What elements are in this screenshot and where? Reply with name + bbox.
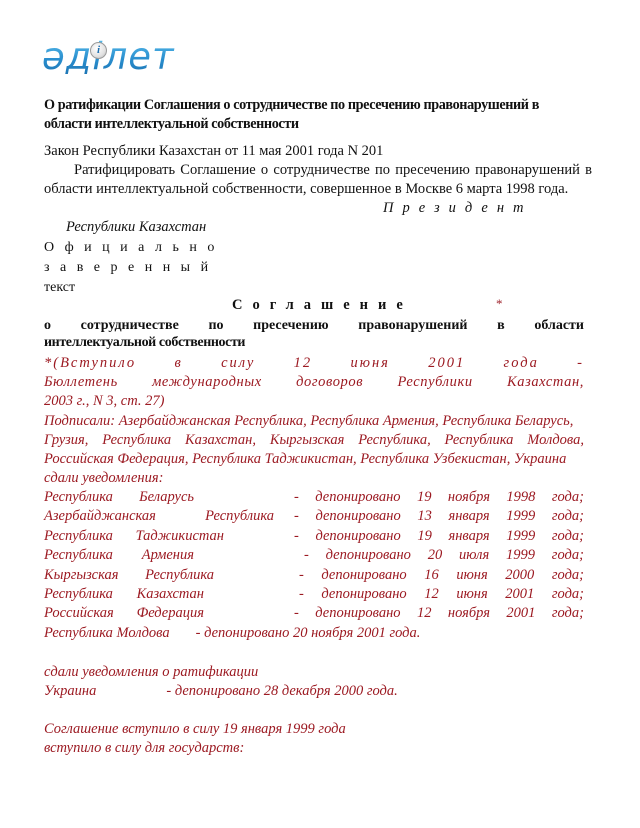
- word: 2001: [428, 354, 465, 373]
- deposit-date: -депонировано19января1999года;: [294, 527, 584, 546]
- word: силу: [221, 354, 255, 373]
- deposit-state: Республика Молдова: [44, 625, 170, 641]
- word: Молдова,: [527, 431, 584, 450]
- word: Бюллетень: [44, 373, 118, 392]
- law-reference: Закон Республики Казахстан от 11 мая 200…: [44, 142, 592, 161]
- signed-line-1: Подписали: Азербайджанская Республика, Р…: [44, 412, 573, 431]
- deposit-date: -депонировано19ноября1998года;: [294, 488, 584, 507]
- word: июня: [350, 354, 389, 373]
- agreement-subtitle-line-2: интеллектуальной собственности: [44, 335, 245, 351]
- deposit-date: -депонировано12июня2001года;: [299, 585, 584, 604]
- entry-into-force-states: вступило в силу для государств:: [44, 739, 244, 758]
- word: области: [534, 316, 584, 335]
- adilet-logo[interactable]: әділет i: [42, 42, 177, 84]
- deposit-date: -депонировано16июня2000года;: [299, 566, 584, 585]
- word: договоров: [296, 373, 363, 392]
- ratification-label: сдали уведомления о ратификации: [44, 663, 258, 682]
- word: Казахстан,: [507, 373, 584, 392]
- word: Кыргызская: [270, 431, 345, 450]
- deposit-state: РоссийскаяФедерация: [44, 604, 204, 623]
- word: в: [174, 354, 182, 373]
- deposit-row: АзербайджанскаяРеспублика-депонировано13…: [44, 507, 584, 526]
- word: пресечению: [253, 316, 328, 335]
- deposit-state: КыргызскаяРеспублика: [44, 566, 214, 585]
- note-line-3: 2003 г., N 3, ст. 27): [44, 392, 164, 411]
- word: международных: [152, 373, 262, 392]
- note-line-2: БюллетеньмеждународныхдоговоровРеспублик…: [44, 373, 584, 392]
- word: 12: [294, 354, 313, 373]
- word: правонарушений: [358, 316, 467, 335]
- deposit-row: РоссийскаяФедерация-депонировано12ноября…: [44, 604, 584, 623]
- deposit-state: РеспубликаТаджикистан: [44, 527, 224, 546]
- deposit-state: РеспубликаАрмения: [44, 546, 194, 565]
- official-line-2: заверенный: [44, 258, 225, 278]
- deposit-row: РеспубликаКазахстан-депонировано12июня20…: [44, 585, 584, 604]
- deposit-state: РеспубликаКазахстан: [44, 585, 204, 604]
- info-badge-icon: i: [90, 42, 107, 59]
- deposit-date: -депонировано12ноября2001года;: [294, 604, 584, 623]
- word: Республика: [102, 431, 171, 450]
- deposit-row: РеспубликаАрмения-депонировано20июля1999…: [44, 546, 584, 565]
- word: по: [208, 316, 223, 335]
- deposit-row: РеспубликаБеларусь-депонировано19ноября1…: [44, 488, 584, 507]
- word: Республика,: [358, 431, 431, 450]
- document-title: О ратификации Соглашения о сотрудничеств…: [44, 96, 584, 134]
- agreement-footnote-marker[interactable]: *: [496, 296, 503, 312]
- word: *(Вступило: [44, 354, 136, 373]
- logo-text: әділет: [42, 36, 175, 78]
- word: Республики: [397, 373, 472, 392]
- word: года: [504, 354, 539, 373]
- deposit-row-moldova: Республика Молдова- депонировано 20 нояб…: [44, 624, 420, 643]
- deposit-state: РеспубликаБеларусь: [44, 488, 194, 507]
- deposit-date: -депонировано13января1999года;: [294, 507, 584, 526]
- entry-into-force: Соглашение вступило в силу 19 января 199…: [44, 720, 346, 739]
- signed-line-3: Российская Федерация, Республика Таджики…: [44, 450, 566, 469]
- ratify-paragraph: Ратифицировать Соглашение о сотрудничест…: [44, 161, 592, 200]
- word: Республика: [445, 431, 514, 450]
- president-label: Президент: [383, 200, 533, 217]
- deposit-date: - депонировано 28 декабря 2000 года.: [166, 683, 397, 699]
- deposit-row: РеспубликаТаджикистан-депонировано19янва…: [44, 527, 584, 546]
- deposit-row: КыргызскаяРеспублика-депонировано16июня2…: [44, 566, 584, 585]
- word: -: [577, 354, 584, 373]
- president-of-label: Республики Казахстан: [66, 219, 206, 236]
- signed-line-2: Грузия,РеспубликаКазахстан,КыргызскаяРес…: [44, 431, 584, 450]
- official-line-1: Официально: [44, 238, 225, 258]
- official-line-3: текст: [44, 278, 225, 298]
- word: Казахстан,: [185, 431, 256, 450]
- deposit-date: - депонировано 20 ноября 2001 года.: [196, 625, 421, 641]
- note-line-1: *(Вступиловсилу12июня2001года-: [44, 354, 584, 373]
- word: сотрудничестве: [81, 316, 179, 335]
- word: о: [44, 316, 51, 335]
- deposit-state: АзербайджанскаяРеспублика: [44, 507, 274, 526]
- word: Грузия,: [44, 431, 88, 450]
- agreement-title: Соглашение: [232, 297, 413, 314]
- official-text-note: Официально заверенный текст: [44, 238, 225, 298]
- deposit-row-ukraine: Украина- депонировано 28 декабря 2000 го…: [44, 682, 398, 701]
- notifications-label: сдали уведомления:: [44, 469, 163, 488]
- deposit-date: -депонировано20июля1999года;: [304, 546, 584, 565]
- word: в: [497, 316, 505, 335]
- agreement-subtitle-line-1: осотрудничествепопресечениюправонарушени…: [44, 316, 584, 335]
- deposit-state: Украина: [44, 683, 96, 699]
